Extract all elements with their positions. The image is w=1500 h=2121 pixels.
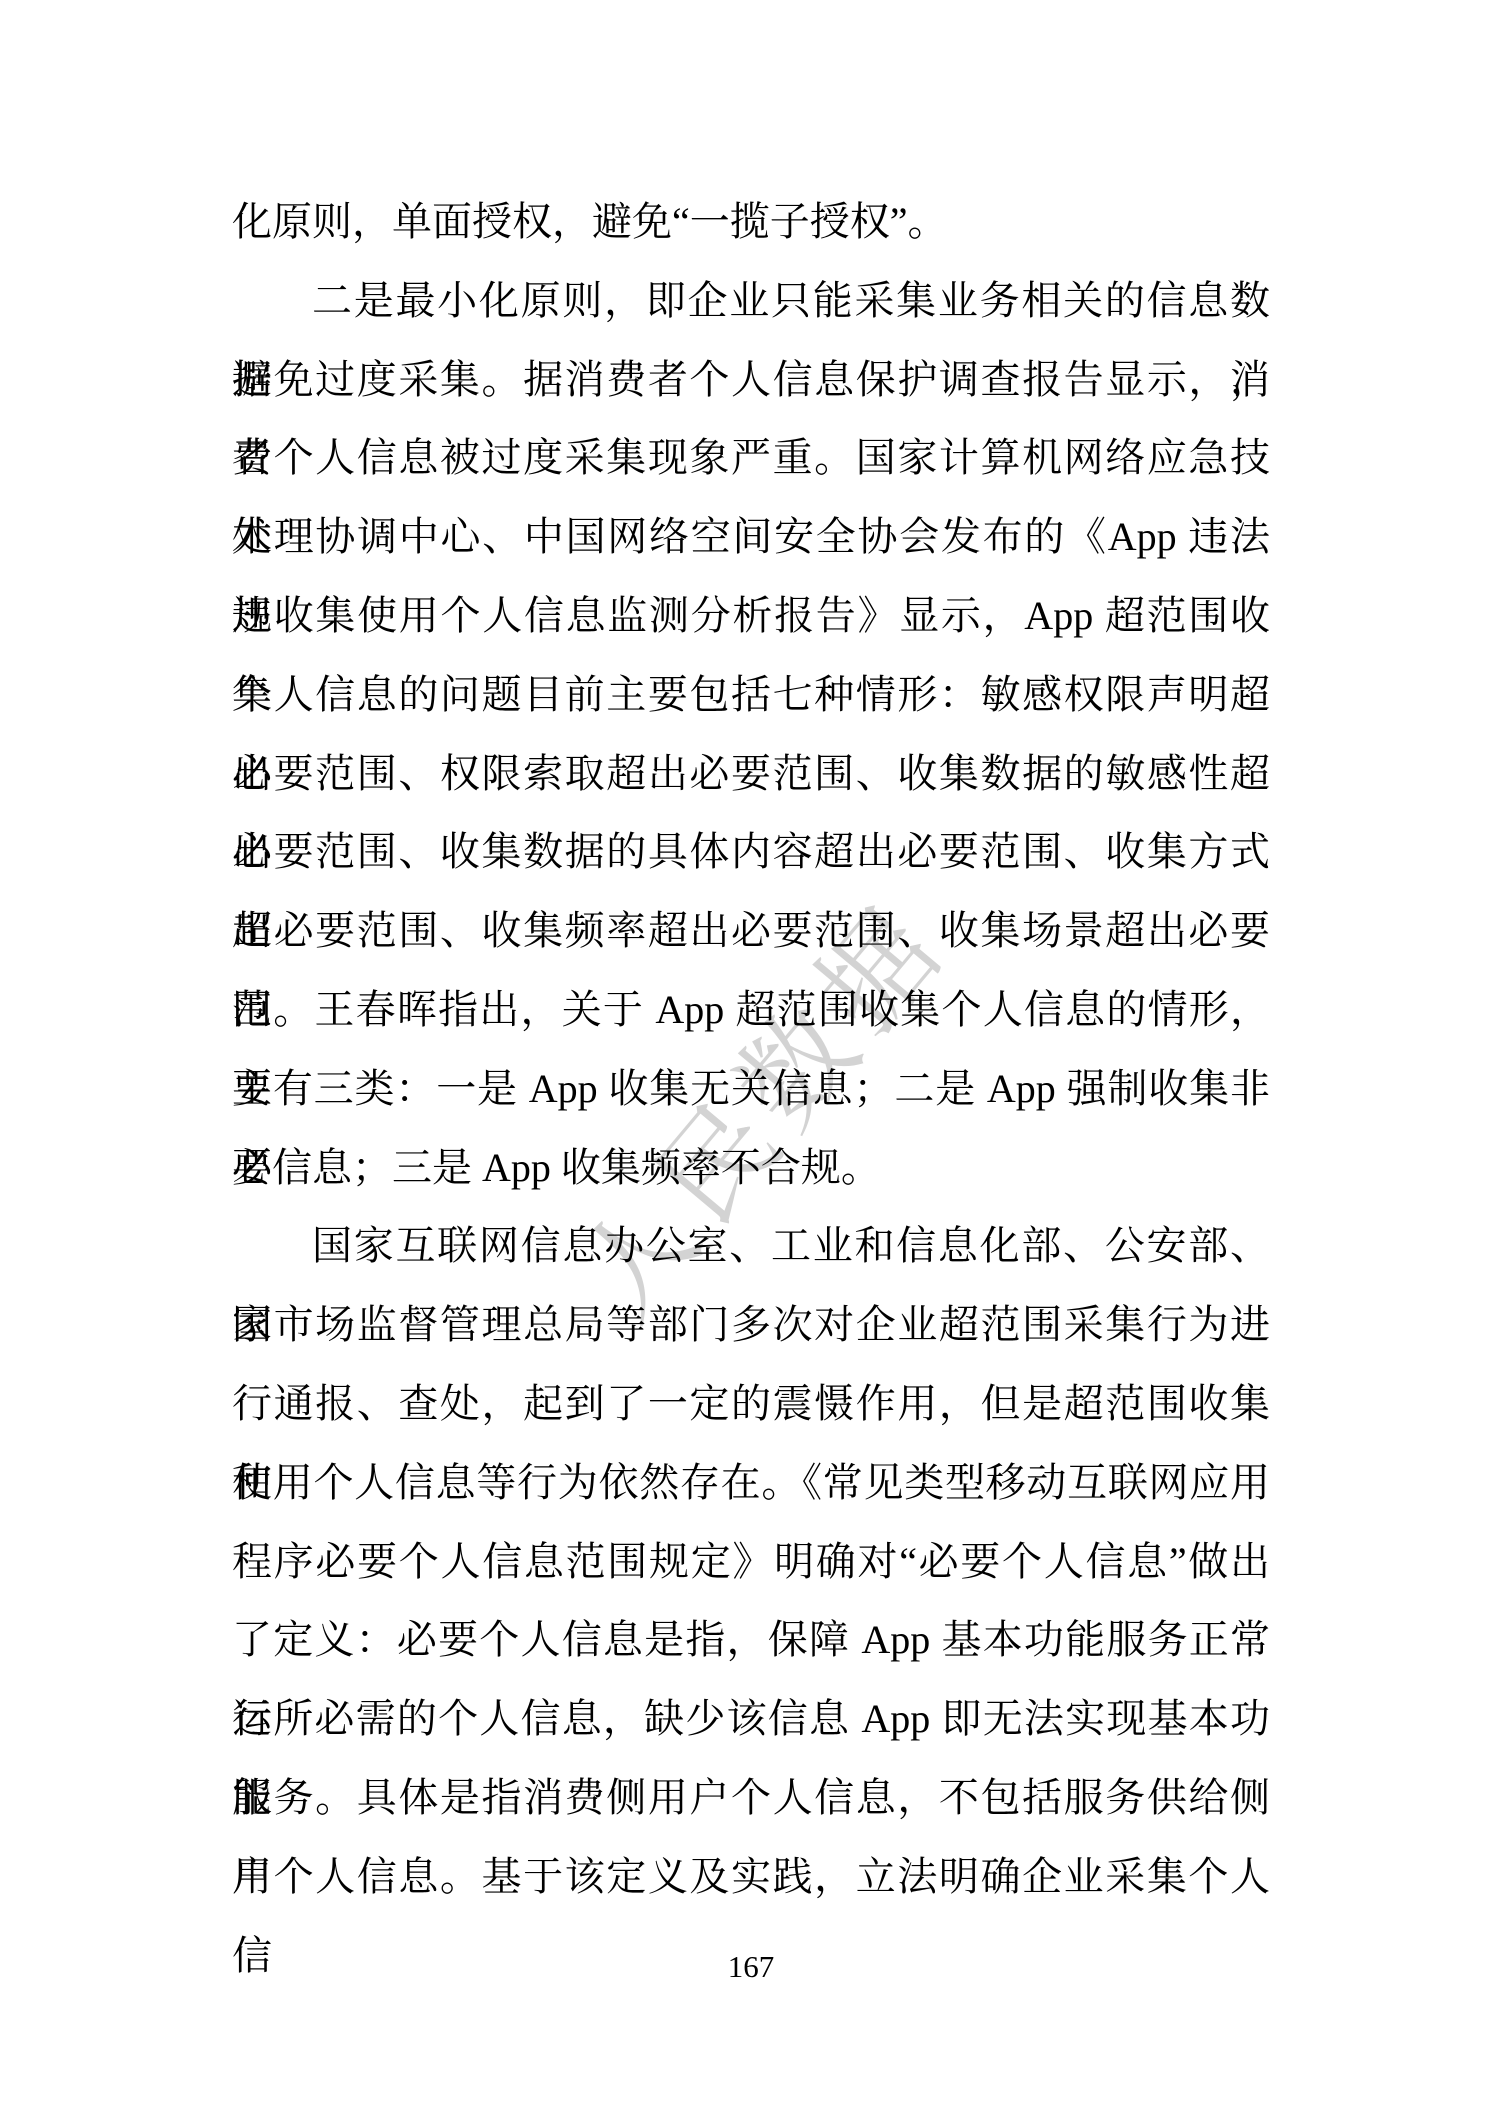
text-line: 要信息；三是 App 收集频率不合规。 xyxy=(232,1129,1270,1208)
page-number: 167 xyxy=(728,1947,775,1987)
text-line: 必要范围、权限索取超出必要范围、收集数据的敏感性超出 xyxy=(232,735,1270,814)
text-line: 了定义：必要个人信息是指，保障 App 基本功能服务正常运 xyxy=(232,1601,1270,1680)
text-line: 程序必要个人信息范围规定》明确对“必要个人信息”做出 xyxy=(232,1523,1270,1602)
text-line: 使用个人信息等行为依然存在。《常见类型移动互联网应用 xyxy=(232,1444,1270,1523)
document-page: 人民数据 化原则，单面授权，避免“一揽子授权”。二是最小化原则，即企业只能采集业… xyxy=(0,0,1500,2121)
text-line: 个人信息的问题目前主要包括七种情形：敏感权限声明超出 xyxy=(232,656,1270,735)
text-line: 二是最小化原则，即企业只能采集业务相关的信息数据， xyxy=(232,262,1270,341)
text-line: 者个人信息被过度采集现象严重。国家计算机网络应急技术 xyxy=(232,419,1270,498)
text-line: 家市场监督管理总局等部门多次对企业超范围采集行为进 xyxy=(232,1286,1270,1365)
text-line: 户个人信息。基于该定义及实践，立法明确企业采集个人信 xyxy=(232,1838,1270,1917)
text-line: 行通报、查处，起到了一定的震慑作用，但是超范围收集和 xyxy=(232,1365,1270,1444)
text-line: 出必要范围、收集频率超出必要范围、收集场景超出必要范 xyxy=(232,892,1270,971)
text-line: 服务。具体是指消费侧用户个人信息，不包括服务供给侧用 xyxy=(232,1759,1270,1838)
text-line: 处理协调中心、中国网络空间安全协会发布的《App 违法违 xyxy=(232,498,1270,577)
text-line: 避免过度采集。据消费者个人信息保护调查报告显示，消费 xyxy=(232,341,1270,420)
page-footer: 167 xyxy=(232,1947,1270,1987)
text-line: 国家互联网信息办公室、工业和信息化部、公安部、国 xyxy=(232,1207,1270,1286)
text-line: 围。王春晖指出，关于 App 超范围收集个人信息的情形，主 xyxy=(232,971,1270,1050)
text-line: 规收集使用个人信息监测分析报告》显示，App 超范围收集 xyxy=(232,577,1270,656)
body-text: 化原则，单面授权，避免“一揽子授权”。二是最小化原则，即企业只能采集业务相关的信… xyxy=(232,183,1270,1917)
text-line: 行所必需的个人信息，缺少该信息 App 即无法实现基本功能 xyxy=(232,1680,1270,1759)
text-line: 化原则，单面授权，避免“一揽子授权”。 xyxy=(232,183,1270,262)
text-line: 必要范围、收集数据的具体内容超出必要范围、收集方式超 xyxy=(232,813,1270,892)
text-line: 要有三类：一是 App 收集无关信息；二是 App 强制收集非必 xyxy=(232,1050,1270,1129)
